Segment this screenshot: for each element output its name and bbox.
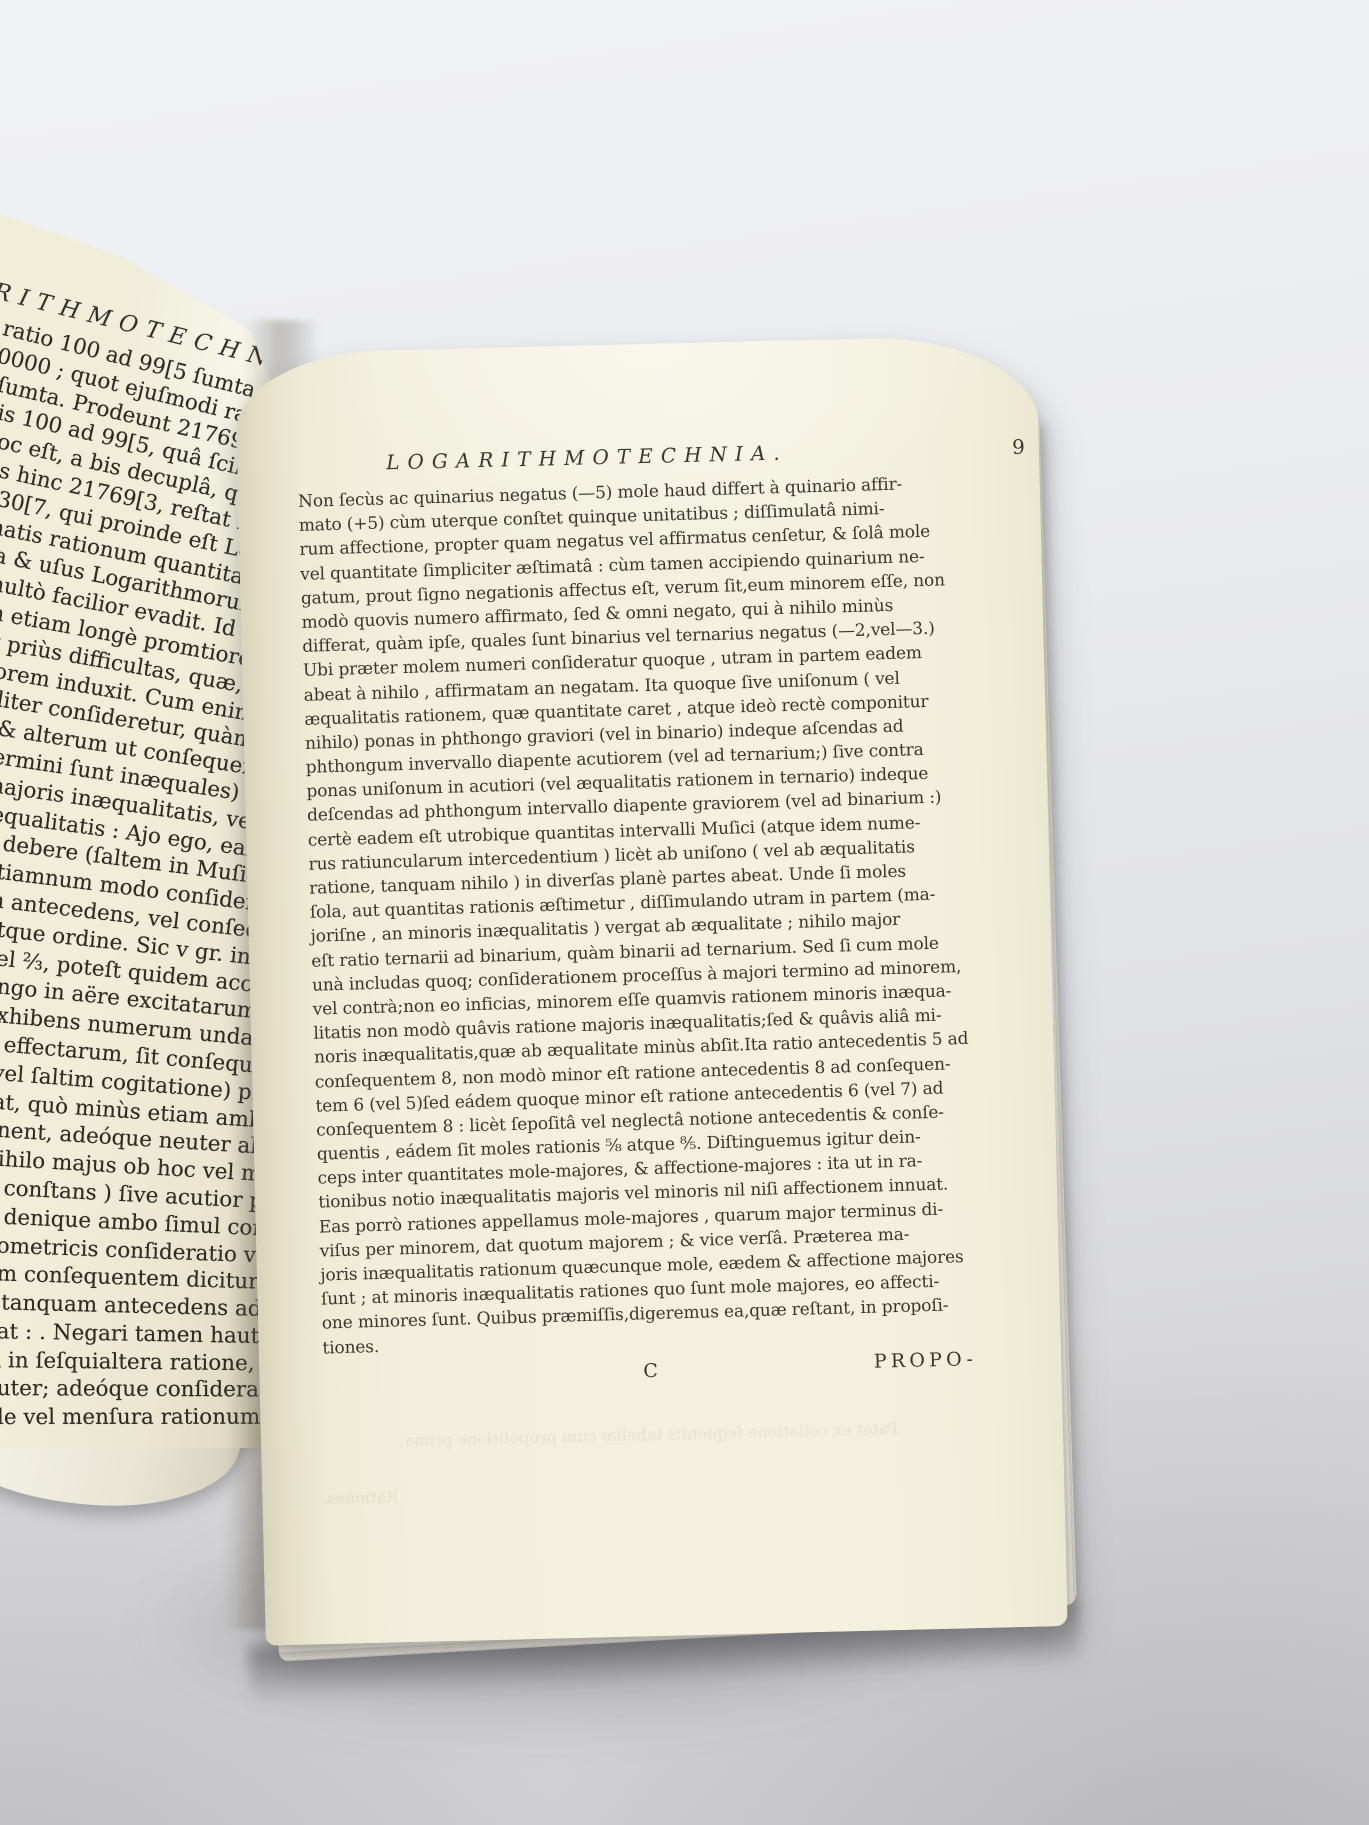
running-title: LOGARITHMOTECHNIA. [267,438,907,478]
signature-row: C PROPO- [321,1352,977,1394]
page-header: LOGARITHMOTECHNIA. 9 [267,438,907,478]
show-through-text: Patet ex collatione ſequentis tabellæ cu… [321,1414,980,1542]
signature-mark: C [643,1360,658,1382]
catchword: PROPO- [874,1348,978,1373]
page-number: 9 [1012,435,1025,459]
open-book-photo: RITHMOTECHNIA. e ratio 100 ad 99[5 ſumta… [0,0,1369,1825]
right-page: LOGARITHMOTECHNIA. 9 Non ſecùs ac quinar… [234,334,1067,1645]
body-text: Non ſecùs ac quinarius negatus (—5) mole… [298,471,983,1360]
